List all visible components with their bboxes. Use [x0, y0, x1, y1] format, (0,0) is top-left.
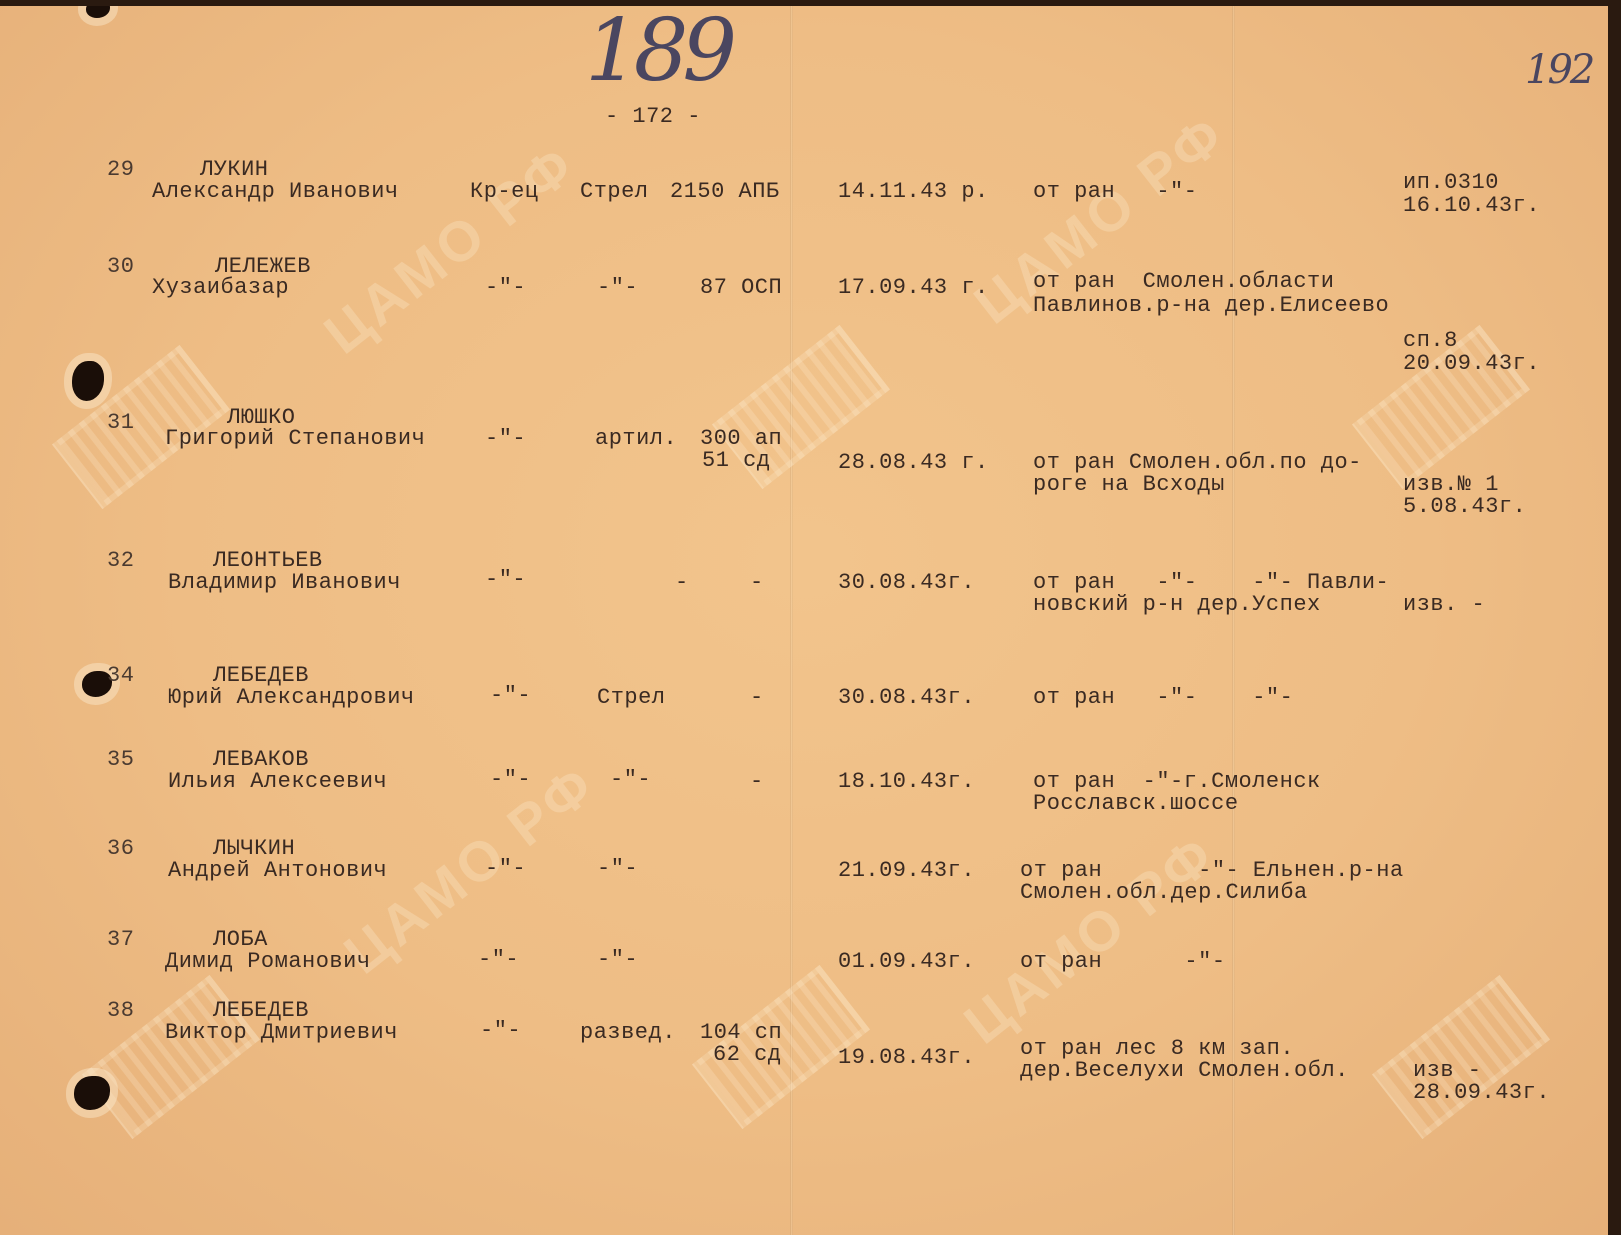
- entry-death-date: 30.08.43г.: [838, 571, 975, 595]
- entry-unit: -: [750, 770, 764, 794]
- watermark: ЦАМО РФ: [952, 821, 1228, 1057]
- entry-rank: -"-: [485, 568, 526, 592]
- watermark-stamp: [1372, 975, 1550, 1139]
- entry-cause: от ран Смолен.области: [1033, 270, 1334, 294]
- watermark: ЦАМО РФ: [312, 131, 588, 367]
- entry-role: -"-: [597, 948, 638, 972]
- entry-number: 35: [107, 748, 134, 772]
- entry-given-names: Хузаибазар: [152, 276, 289, 300]
- entry-given-names: Ильия Алексеевич: [168, 770, 387, 794]
- entry-death-date: 30.08.43г.: [838, 686, 975, 710]
- entry-cause: от ран -"-: [1020, 950, 1226, 974]
- punch-hole: [86, 6, 110, 18]
- entry-death-date: 28.08.43 г.: [838, 451, 989, 475]
- entry-rank: -"-: [480, 1019, 521, 1043]
- entry-unit: 62 сд: [713, 1043, 782, 1067]
- entry-given-names: Димид Романович: [165, 950, 371, 974]
- entry-number: 31: [107, 411, 134, 435]
- entry-cause: новский р-н дер.Успех: [1033, 593, 1321, 617]
- entry-number: 36: [107, 837, 134, 861]
- entry-role: -: [675, 571, 689, 595]
- entry-cause: Павлинов.р-на дер.Елисеево: [1033, 294, 1389, 318]
- archive-document-page: ЦАМО РФ ЦАМО РФ ЦАМО РФ ЦАМО РФ 189 192 …: [0, 6, 1608, 1235]
- entry-rank: -"-: [485, 427, 526, 451]
- entry-role: развед.: [580, 1021, 676, 1045]
- entry-role: артил.: [595, 427, 677, 451]
- entry-cause: от ран -"- -"-: [1033, 686, 1293, 710]
- entry-unit: -: [750, 571, 764, 595]
- entry-given-names: Григорий Степанович: [165, 427, 425, 451]
- entry-rank: -"-: [485, 857, 526, 881]
- entry-note: 20.09.43г.: [1403, 352, 1540, 376]
- entry-death-date: 17.09.43 г.: [838, 276, 989, 300]
- entry-note: ип.0310: [1403, 171, 1499, 195]
- entry-role: Стрел: [597, 686, 666, 710]
- entry-given-names: Александр Иванович: [152, 180, 399, 204]
- handwritten-archive-number: 189: [585, 6, 731, 96]
- entry-death-date: 19.08.43г.: [838, 1046, 975, 1070]
- entry-note: сп.8: [1403, 329, 1458, 353]
- entry-given-names: Виктор Дмитриевич: [165, 1021, 398, 1045]
- entry-given-names: Юрий Александрович: [168, 686, 415, 710]
- entry-note: изв. -: [1403, 593, 1485, 617]
- entry-rank: Кр-ец: [470, 180, 539, 204]
- entry-cause: от ран -"-: [1033, 180, 1197, 204]
- entry-unit: 2150 АПБ: [670, 180, 780, 204]
- entry-death-date: 01.09.43г.: [838, 950, 975, 974]
- paper-fold-line: [790, 6, 793, 1235]
- entry-rank: -"-: [490, 768, 531, 792]
- entry-given-names: Владимир Иванович: [168, 571, 401, 595]
- entry-role: -"-: [597, 857, 638, 881]
- entry-number: 38: [107, 999, 134, 1023]
- entry-death-date: 21.09.43г.: [838, 859, 975, 883]
- entry-cause: дер.Веселухи Смолен.обл.: [1020, 1059, 1349, 1083]
- entry-unit: -: [750, 686, 764, 710]
- entry-cause: Росславск.шоссе: [1033, 792, 1239, 816]
- typed-page-number: - 172 -: [605, 105, 701, 129]
- entry-death-date: 18.10.43г.: [838, 770, 975, 794]
- entry-given-names: Андрей Антонович: [168, 859, 387, 883]
- entry-note: 16.10.43г.: [1403, 194, 1540, 218]
- entry-number: 29: [107, 158, 134, 182]
- punch-hole: [74, 1076, 110, 1110]
- entry-role: -"-: [610, 768, 651, 792]
- punch-hole: [72, 361, 104, 401]
- entry-number: 30: [107, 255, 134, 279]
- entry-number: 34: [107, 664, 134, 688]
- entry-death-date: 14.11.43 р.: [838, 180, 989, 204]
- entry-cause: Смолен.обл.дер.Силиба: [1020, 881, 1308, 905]
- entry-rank: -"-: [490, 684, 531, 708]
- handwritten-sheet-number: 192: [1525, 50, 1592, 90]
- entry-unit: 51 сд: [702, 449, 771, 473]
- entry-unit: 87 ОСП: [700, 276, 782, 300]
- entry-role: -"-: [597, 276, 638, 300]
- entry-rank: -"-: [478, 948, 519, 972]
- entry-number: 37: [107, 928, 134, 952]
- entry-number: 32: [107, 549, 134, 573]
- entry-note: 5.08.43г.: [1403, 495, 1526, 519]
- entry-role: Стрел: [580, 180, 649, 204]
- entry-cause: роге на Вcходы: [1033, 473, 1225, 497]
- entry-rank: -"-: [485, 276, 526, 300]
- entry-note: 28.09.43г.: [1413, 1081, 1550, 1105]
